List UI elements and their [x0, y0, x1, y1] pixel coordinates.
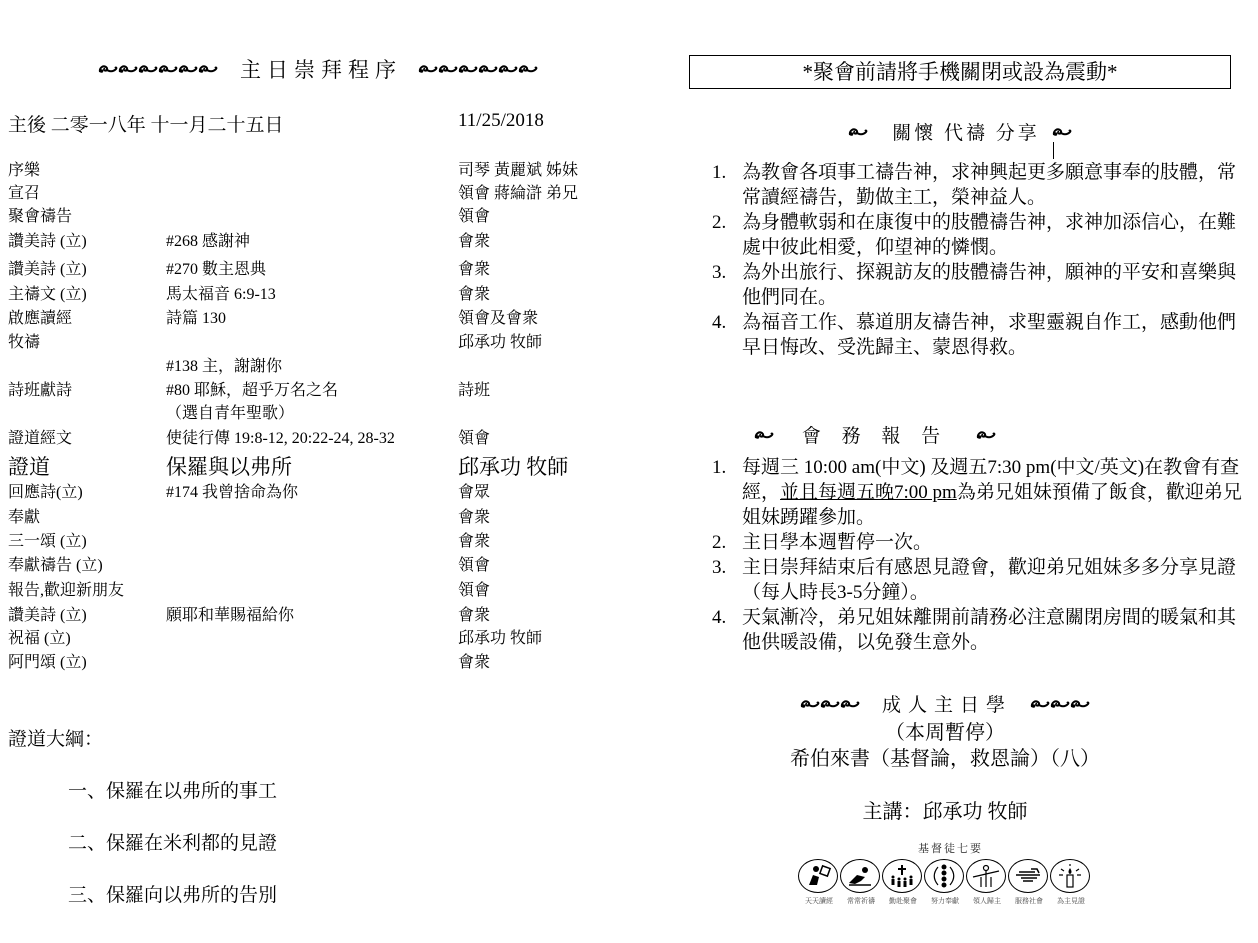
program-item: 證道: [8, 454, 50, 480]
item-text: 為教會各項事工禱告神，求神興起更多願意事奉的肢體，常常讀經禱告，勤做主工，榮神益…: [742, 162, 1236, 208]
item-text: 主日學本週暫停一次。: [742, 532, 932, 553]
item-number: 3.: [712, 555, 726, 580]
essential-label: 服務社會: [1008, 896, 1050, 906]
essential-label: 常常祈禱: [840, 896, 882, 906]
program-detail: （選自青年聖歌）: [166, 403, 294, 425]
program-item: 聚會禱告: [8, 206, 72, 228]
prayer-section-header: 關懷 代禱 分享: [690, 118, 1230, 145]
item-number: 1.: [712, 160, 726, 185]
sermon-outline-item: 三、保羅向以弗所的告別: [68, 880, 277, 907]
ornament-icon: [800, 697, 860, 711]
announcement-item: 4.天氣漸冷，弟兄姐妹離開前請務必注意關閉房間的暖氣和其他供暖設備，以免發生意外…: [708, 605, 1253, 655]
item-text: 為福音工作、慕道朋友禱告神，求聖靈親自作工，感動他們早日悔改、受洗歸主、蒙恩得救…: [742, 312, 1236, 358]
ornament-icon: [1052, 125, 1072, 139]
item-text: 為身體軟弱和在康復中的肢體禱告神，求神加添信心，在難處中彼此相愛，仰望神的憐憫。: [742, 212, 1236, 258]
prayer-item: 1.為教會各項事工禱告神，求神興起更多願意事奉的肢體，常常讀經禱告，勤做主工，榮…: [708, 160, 1253, 210]
prayer-item: 4.為福音工作、慕道朋友禱告神，求聖靈親自作工，感動他們早日悔改、受洗歸主、蒙恩…: [708, 310, 1253, 360]
program-person: 會衆: [458, 231, 490, 253]
program-item: 奉獻: [8, 507, 40, 529]
program-item: 阿門頌 (立): [8, 652, 87, 674]
announcement-item: 1.每週三 10:00 am(中文) 及週五7:30 pm(中文/英文)在教會有…: [708, 455, 1253, 530]
prayer-item: 3.為外出旅行、探親訪友的肢體禱告神，願神的平安和喜樂與他們同在。: [708, 260, 1253, 310]
sunday-school-header: 成人主日學: [690, 690, 1200, 717]
sunday-school-speaker: 主講：邱承功 牧師: [690, 795, 1200, 824]
program-detail: #270 數主恩典: [166, 259, 266, 281]
essential-label: 努力奉獻: [924, 896, 966, 906]
service-icon: [1008, 859, 1048, 893]
item-number: 2.: [712, 530, 726, 555]
prayer-section-title: 關懷 代禱 分享: [892, 118, 1040, 145]
item-number: 1.: [712, 455, 726, 480]
program-person: 會衆: [458, 531, 490, 553]
program-person: 領會及會衆: [458, 308, 538, 330]
announcement-item: 3.主日崇拜結束后有感恩見證會，歡迎弟兄姐妹多多分享見證（每人時長3-5分鐘）。: [708, 555, 1253, 605]
announcement-section-title: 會 務 報 告: [802, 421, 948, 448]
worship-program-header: 主日崇拜程序: [98, 54, 538, 84]
item-number: 2.: [712, 210, 726, 235]
seven-essentials-title: 基督徒七要: [798, 840, 1103, 856]
program-item: 證道經文: [8, 428, 72, 450]
sermon-outline-title: 證道大綱：: [8, 724, 103, 751]
announcement-item: 2.主日學本週暫停一次。: [708, 530, 1253, 555]
program-item: 主禱文 (立): [8, 284, 87, 306]
offering-icon: [924, 859, 964, 893]
item-text-underlined: 並且每週五晚7:00 pm: [780, 482, 957, 503]
program-person: 邱承功 牧師: [458, 628, 542, 650]
program-person: 領會 蔣綸滸 弟兄: [458, 183, 578, 205]
prayer-item: 2.為身體軟弱和在康復中的肢體禱告神，求神加添信心，在難處中彼此相愛，仰望神的憐…: [708, 210, 1253, 260]
prayer-icon: [840, 859, 880, 893]
program-item: 三一頌 (立): [8, 531, 87, 553]
essential-label: 領人歸主: [966, 896, 1008, 906]
program-item: 報告,歡迎新朋友: [8, 580, 124, 602]
program-detail: #268 感謝神: [166, 231, 250, 253]
sunday-school-title: 成人主日學: [882, 690, 1012, 717]
seven-essentials-graphic: 基督徒七要 天天讀經 常常祈禱 勤赴聚會 努力奉獻 領人歸主 服務社會 為主見證: [798, 840, 1103, 906]
bible-reading-icon: [798, 859, 838, 893]
item-text: 主日崇拜結束后有感恩見證會，歡迎弟兄姐妹多多分享見證（每人時長3-5分鐘）。: [742, 557, 1236, 603]
ornament-icon: [754, 428, 774, 442]
phone-notice-box: *聚會前請將手機關閉或設為震動*: [689, 55, 1231, 89]
sermon-outline-item: 一、保羅在以弗所的事工: [68, 776, 277, 803]
page-title: 主日崇拜程序: [240, 54, 402, 84]
program-person: 領會: [458, 555, 490, 577]
sunday-school-topic: 希伯來書（基督論，救恩論）（八）: [690, 742, 1200, 771]
program-person: 會衆: [458, 507, 490, 529]
program-item: 序樂: [8, 160, 40, 182]
date-english: 11/25/2018: [458, 110, 544, 132]
ornament-icon: [1030, 697, 1090, 711]
essential-label: 天天讀經: [798, 896, 840, 906]
announcement-list: 1.每週三 10:00 am(中文) 及週五7:30 pm(中文/英文)在教會有…: [708, 455, 1253, 655]
program-detail: #80 耶穌，超乎万名之名: [166, 380, 338, 402]
program-detail: 使徒行傳 19:8-12, 20:22-24, 28-32: [166, 428, 395, 450]
announcement-section-header: 會 務 報 告: [690, 421, 1060, 448]
program-detail: 馬太福音 6:9-13: [166, 284, 276, 306]
text-cursor: [1053, 142, 1054, 159]
ornament-icon: [848, 125, 868, 139]
ornament-icon: [976, 428, 996, 442]
item-text: 為外出旅行、探親訪友的肢體禱告神，願神的平安和喜樂與他們同在。: [742, 262, 1236, 308]
program-item: 牧禱: [8, 332, 40, 354]
item-number: 3.: [712, 260, 726, 285]
program-person: 領會: [458, 580, 490, 602]
program-person: 領會: [458, 428, 490, 450]
program-item: 啟應讀經: [8, 308, 72, 330]
program-person: 司琴 黃麗斌 姊妹: [458, 160, 578, 182]
essential-label: 勤赴聚會: [882, 896, 924, 906]
program-person: 會衆: [458, 605, 490, 627]
program-person: 會衆: [458, 259, 490, 281]
evangelism-icon: [966, 859, 1006, 893]
item-number: 4.: [712, 605, 726, 630]
witness-candle-icon: [1050, 859, 1090, 893]
program-person: 邱承功 牧師: [458, 332, 542, 354]
program-person: 領會: [458, 206, 490, 228]
program-detail: 願耶和華賜福給你: [166, 605, 294, 627]
program-person: 會眾: [458, 482, 490, 504]
program-item: 讚美詩 (立): [8, 605, 87, 627]
essential-label: 為主見證: [1050, 896, 1092, 906]
program-person: 會衆: [458, 652, 490, 674]
program-item: 讚美詩 (立): [8, 231, 87, 253]
church-attendance-icon: [882, 859, 922, 893]
program-person: 會衆: [458, 284, 490, 306]
program-detail: #138 主，謝謝你: [166, 356, 282, 378]
program-item: 奉獻禱告 (立): [8, 555, 103, 577]
ornament-left-icon: [98, 62, 218, 76]
program-item: 詩班獻詩: [8, 380, 72, 402]
sermon-outline-item: 二、保羅在米利都的見證: [68, 828, 277, 855]
sunday-school-status: （本周暫停）: [690, 716, 1200, 745]
program-item: 讚美詩 (立): [8, 259, 87, 281]
program-item: 回應詩(立): [8, 482, 83, 504]
prayer-list: 1.為教會各項事工禱告神，求神興起更多願意事奉的肢體，常常讀經禱告，勤做主工，榮…: [708, 160, 1253, 360]
item-number: 4.: [712, 310, 726, 335]
program-item: 祝福 (立): [8, 628, 71, 650]
program-person: 詩班: [458, 380, 490, 402]
program-detail: #174 我曾捨命為你: [166, 482, 298, 504]
item-text: 天氣漸冷，弟兄姐妹離開前請務必注意關閉房間的暖氣和其他供暖設備，以免發生意外。: [742, 607, 1236, 653]
program-detail: 詩篇 130: [166, 308, 226, 330]
date-chinese: 主後 二零一八年 十一月二十五日: [8, 110, 284, 137]
program-person: 邱承功 牧師: [458, 454, 568, 480]
sermon-title: 保羅與以弗所: [166, 454, 292, 480]
program-item: 宣召: [8, 183, 40, 205]
ornament-right-icon: [418, 62, 538, 76]
